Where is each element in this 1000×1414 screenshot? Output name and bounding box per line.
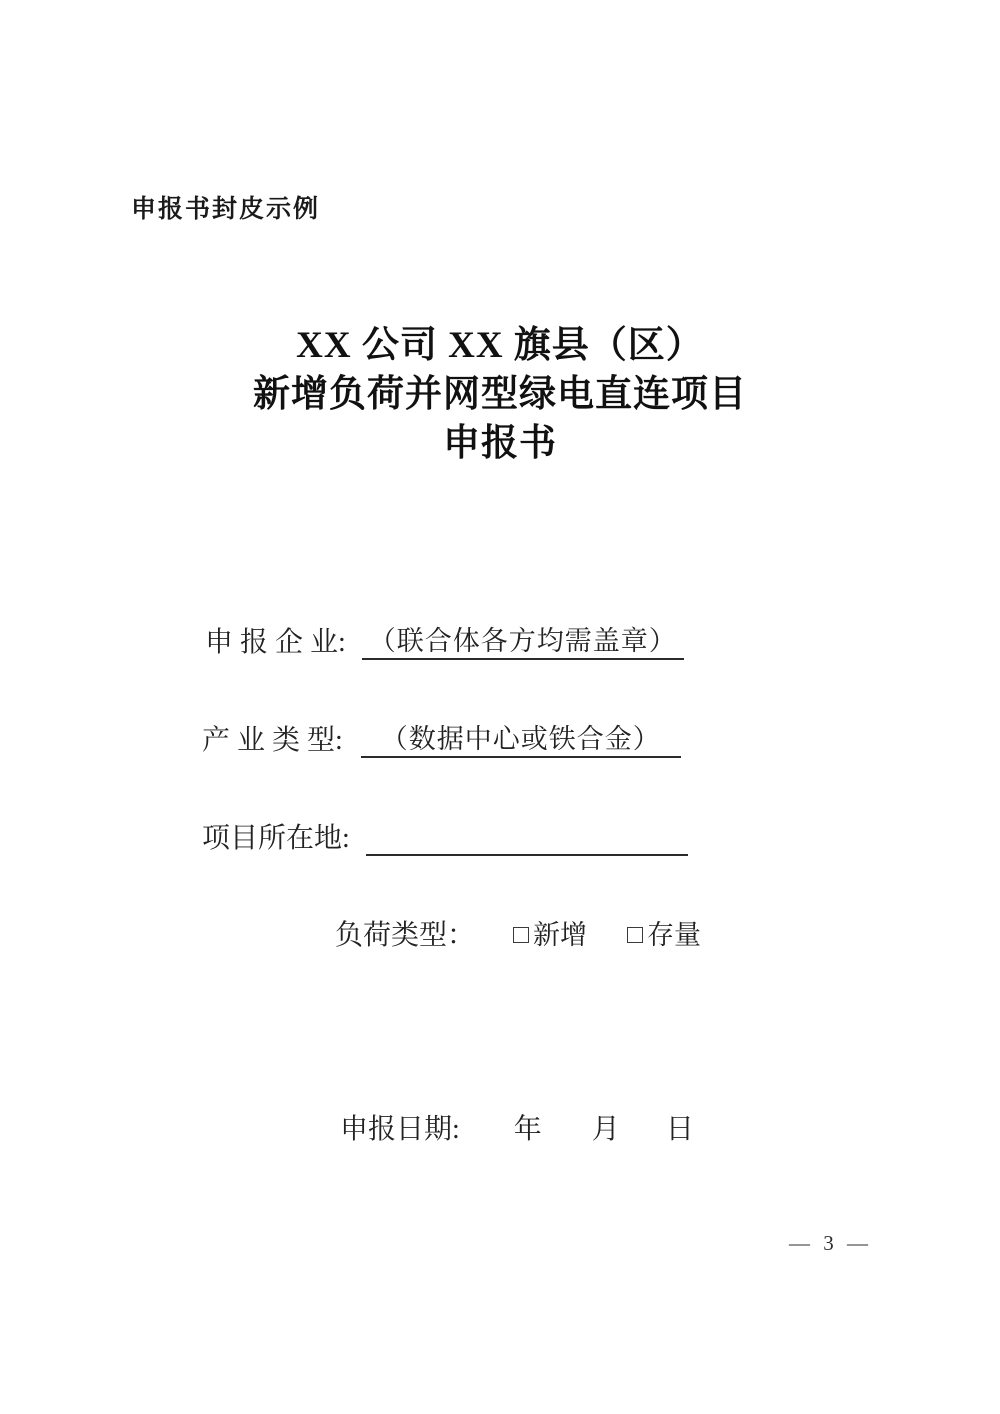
- title-line-company: XX 公司 XX 旗县（区）: [0, 321, 1000, 370]
- field-industry-type: 产 业 类 型:（数据中心或铁合金）: [202, 722, 681, 758]
- title-line-project: 新增负荷并网型绿电直连项目: [0, 370, 1000, 419]
- load-type-option-existing-label: 存量: [647, 920, 701, 950]
- load-type-option-new-label: 新增: [533, 920, 587, 950]
- date-day-label: 日: [666, 1113, 694, 1147]
- field-industry-type-label: 产 业 类 型:: [202, 724, 343, 758]
- field-application-date: 申报日期:年月日: [340, 1113, 694, 1147]
- page-number: — 3 —: [789, 1231, 872, 1256]
- field-project-location-blank-line: [366, 820, 688, 856]
- load-type-option-new: 新增: [513, 918, 587, 952]
- field-application-date-label: 申报日期:: [340, 1113, 460, 1147]
- field-applicant-label: 申 报 企 业:: [205, 626, 346, 660]
- field-industry-type-value: （数据中心或铁合金）: [381, 724, 661, 754]
- field-applicant-blank-line: （联合体各方均需盖章）: [362, 624, 684, 660]
- doc-type-label: 申报书封皮示例: [131, 189, 320, 225]
- field-applicant-value: （联合体各方均需盖章）: [369, 626, 677, 656]
- load-type-option-existing: 存量: [627, 918, 701, 952]
- field-applicant: 申 报 企 业:（联合体各方均需盖章）: [205, 624, 684, 660]
- document-title: XX 公司 XX 旗县（区） 新增负荷并网型绿电直连项目 申报书: [0, 321, 1000, 468]
- field-project-location-label: 项目所在地:: [202, 822, 350, 856]
- checkbox-icon: [627, 927, 643, 943]
- document-page: 申报书封皮示例 XX 公司 XX 旗县（区） 新增负荷并网型绿电直连项目 申报书…: [0, 0, 1000, 1414]
- field-project-location: 项目所在地:: [202, 820, 688, 856]
- field-load-type: 负荷类型：新增存量: [335, 918, 701, 953]
- title-line-doctype: 申报书: [0, 419, 1000, 468]
- field-industry-type-blank-line: （数据中心或铁合金）: [361, 722, 681, 758]
- field-load-type-label: 负荷类型：: [335, 919, 475, 953]
- checkbox-icon: [513, 927, 529, 943]
- date-year-label: 年: [514, 1113, 542, 1147]
- date-month-label: 月: [592, 1113, 620, 1147]
